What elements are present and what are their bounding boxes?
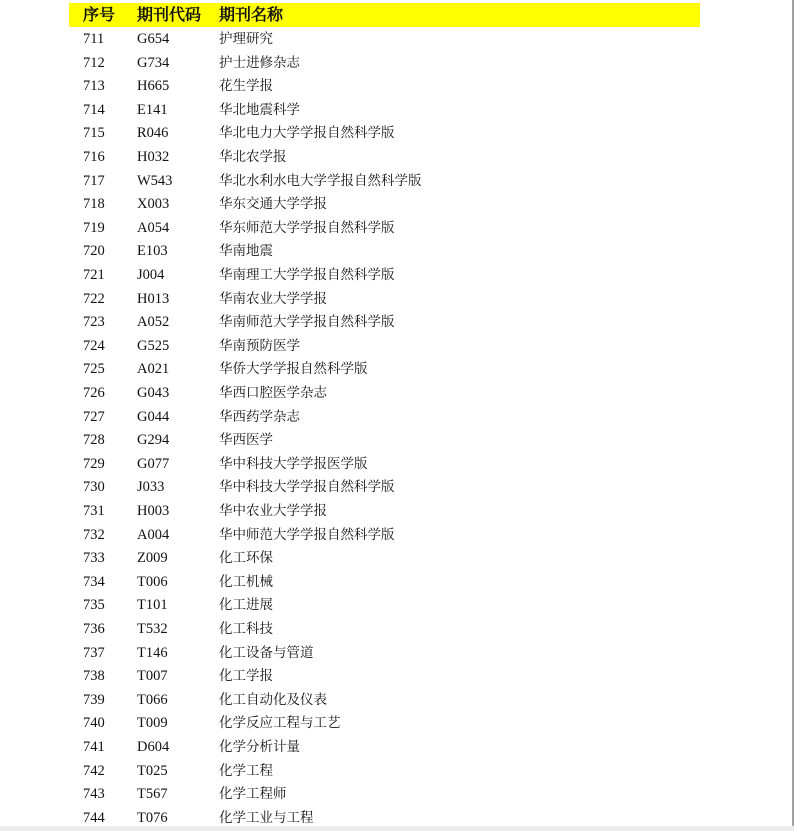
journal-name: 化工设备与管道: [219, 642, 314, 666]
journal-code: G734: [137, 52, 169, 76]
table-row: 727G044华西药学杂志: [0, 406, 700, 430]
table-row: 741D604化学分析计量: [0, 736, 700, 760]
serial-number: 715: [83, 122, 105, 146]
serial-number: 732: [83, 524, 105, 548]
journal-name: 华南农业大学学报: [219, 288, 327, 312]
table-row: 729G077华中科技大学学报医学版: [0, 453, 700, 477]
serial-number: 723: [83, 311, 105, 335]
journal-code: G043: [137, 382, 169, 406]
table-row: 721J004华南理工大学学报自然科学版: [0, 264, 700, 288]
serial-number: 735: [83, 594, 105, 618]
table-row: 719A054华东师范大学学报自然科学版: [0, 217, 700, 241]
table-header: 序号 期刊代码 期刊名称: [69, 3, 700, 27]
serial-number: 725: [83, 358, 105, 382]
journal-code: T146: [137, 642, 168, 666]
journal-code: A052: [137, 311, 169, 335]
journal-name: 化工进展: [219, 594, 273, 618]
table-row: 717W543华北水利水电大学学报自然科学版: [0, 170, 700, 194]
table-row: 732A004华中师范大学学报自然科学版: [0, 524, 700, 548]
table-row: 731H003华中农业大学学报: [0, 500, 700, 524]
journal-name: 华南理工大学学报自然科学版: [219, 264, 395, 288]
header-journal-name: 期刊名称: [219, 5, 283, 25]
table-row: 737T146化工设备与管道: [0, 642, 700, 666]
journal-name: 华北电力大学学报自然科学版: [219, 122, 395, 146]
header-journal-code: 期刊代码: [137, 5, 201, 25]
journal-name: 华北农学报: [219, 146, 287, 170]
table-row: 736T532化工科技: [0, 618, 700, 642]
journal-name: 华东交通大学学报: [219, 193, 327, 217]
journal-name: 华西口腔医学杂志: [219, 382, 327, 406]
serial-number: 719: [83, 217, 105, 241]
journal-code: H013: [137, 288, 169, 312]
serial-number: 729: [83, 453, 105, 477]
journal-name: 化学工程: [219, 760, 273, 784]
journal-code: H665: [137, 75, 169, 99]
serial-number: 731: [83, 500, 105, 524]
serial-number: 722: [83, 288, 105, 312]
journal-code: W543: [137, 170, 172, 194]
journal-name: 华侨大学学报自然科学版: [219, 358, 368, 382]
journal-code: G525: [137, 335, 169, 359]
journal-name: 护理研究: [219, 28, 273, 52]
journal-code: E103: [137, 240, 168, 264]
journal-code: A021: [137, 358, 169, 382]
header-serial-number: 序号: [83, 5, 115, 25]
journal-name: 华北地震科学: [219, 99, 300, 123]
journal-code: T101: [137, 594, 168, 618]
journal-code: G654: [137, 28, 169, 52]
serial-number: 743: [83, 783, 105, 807]
table-row: 742T025化学工程: [0, 760, 700, 784]
serial-number: 711: [83, 28, 104, 52]
journal-code: J004: [137, 264, 164, 288]
journal-name: 化学分析计量: [219, 736, 300, 760]
journal-code: G294: [137, 429, 169, 453]
journal-code: H003: [137, 500, 169, 524]
serial-number: 714: [83, 99, 105, 123]
serial-number: 724: [83, 335, 105, 359]
journal-code: T025: [137, 760, 168, 784]
journal-code: H032: [137, 146, 169, 170]
serial-number: 740: [83, 712, 105, 736]
table-row: 724G525华南预防医学: [0, 335, 700, 359]
serial-number: 739: [83, 689, 105, 713]
viewer-bottom-bar: [0, 826, 794, 831]
serial-number: 736: [83, 618, 105, 642]
table-row: 743T567化学工程师: [0, 783, 700, 807]
serial-number: 730: [83, 476, 105, 500]
table-row: 739T066化工自动化及仪表: [0, 689, 700, 713]
table-row: 734T006化工机械: [0, 571, 700, 595]
journal-name: 华南师范大学学报自然科学版: [219, 311, 395, 335]
journal-name: 护士进修杂志: [219, 52, 300, 76]
serial-number: 741: [83, 736, 105, 760]
table-row: 716H032华北农学报: [0, 146, 700, 170]
journal-name: 华南地震: [219, 240, 273, 264]
serial-number: 727: [83, 406, 105, 430]
table-row: 711G654护理研究: [0, 28, 700, 52]
serial-number: 728: [83, 429, 105, 453]
journal-name: 化工学报: [219, 665, 273, 689]
table-row: 740T009化学反应工程与工艺: [0, 712, 700, 736]
journal-code: T007: [137, 665, 168, 689]
serial-number: 737: [83, 642, 105, 666]
journal-code: T006: [137, 571, 168, 595]
table-row: 730J033华中科技大学学报自然科学版: [0, 476, 700, 500]
table-row: 720E103华南地震: [0, 240, 700, 264]
serial-number: 712: [83, 52, 105, 76]
journal-name: 花生学报: [219, 75, 273, 99]
journal-name: 华中科技大学学报自然科学版: [219, 476, 395, 500]
journal-name: 华南预防医学: [219, 335, 300, 359]
table-row: 738T007化工学报: [0, 665, 700, 689]
serial-number: 738: [83, 665, 105, 689]
journal-code: T009: [137, 712, 168, 736]
journal-code: E141: [137, 99, 168, 123]
serial-number: 716: [83, 146, 105, 170]
table-row: 725A021华侨大学学报自然科学版: [0, 358, 700, 382]
serial-number: 726: [83, 382, 105, 406]
journal-code: A004: [137, 524, 169, 548]
serial-number: 720: [83, 240, 105, 264]
journal-name: 华西药学杂志: [219, 406, 300, 430]
serial-number: 717: [83, 170, 105, 194]
journal-code: J033: [137, 476, 164, 500]
table-row: 715R046华北电力大学学报自然科学版: [0, 122, 700, 146]
table-row: 713H665花生学报: [0, 75, 700, 99]
journal-code: D604: [137, 736, 169, 760]
table-row: 733Z009化工环保: [0, 547, 700, 571]
journal-code: T567: [137, 783, 168, 807]
table-row: 718X003华东交通大学学报: [0, 193, 700, 217]
journal-name: 华西医学: [219, 429, 273, 453]
journal-name: 华中农业大学学报: [219, 500, 327, 524]
journal-code: Z009: [137, 547, 168, 571]
table-row: 728G294华西医学: [0, 429, 700, 453]
serial-number: 718: [83, 193, 105, 217]
serial-number: 721: [83, 264, 105, 288]
table-row: 712G734护士进修杂志: [0, 52, 700, 76]
journal-name: 化学工程师: [219, 783, 287, 807]
serial-number: 734: [83, 571, 105, 595]
table-row: 726G043华西口腔医学杂志: [0, 382, 700, 406]
journal-name: 华中科技大学学报医学版: [219, 453, 368, 477]
table-row: 714E141华北地震科学: [0, 99, 700, 123]
journal-code: T066: [137, 689, 168, 713]
journal-name: 华中师范大学学报自然科学版: [219, 524, 395, 548]
journal-code: G077: [137, 453, 169, 477]
serial-number: 713: [83, 75, 105, 99]
table-row: 722H013华南农业大学学报: [0, 288, 700, 312]
journal-name: 化工自动化及仪表: [219, 689, 327, 713]
serial-number: 742: [83, 760, 105, 784]
table-row: 723A052华南师范大学学报自然科学版: [0, 311, 700, 335]
journal-name: 化工科技: [219, 618, 273, 642]
journal-code: T532: [137, 618, 168, 642]
document-page: 序号 期刊代码 期刊名称 711G654护理研究712G734护士进修杂志713…: [0, 0, 792, 826]
journal-name: 华北水利水电大学学报自然科学版: [219, 170, 422, 194]
journal-code: X003: [137, 193, 169, 217]
journal-code: A054: [137, 217, 169, 241]
journal-name: 化学反应工程与工艺: [219, 712, 341, 736]
journal-code: G044: [137, 406, 169, 430]
journal-name: 化工环保: [219, 547, 273, 571]
journal-code: R046: [137, 122, 168, 146]
journal-name: 华东师范大学学报自然科学版: [219, 217, 395, 241]
table-row: 735T101化工进展: [0, 594, 700, 618]
journal-name: 化工机械: [219, 571, 273, 595]
serial-number: 733: [83, 547, 105, 571]
